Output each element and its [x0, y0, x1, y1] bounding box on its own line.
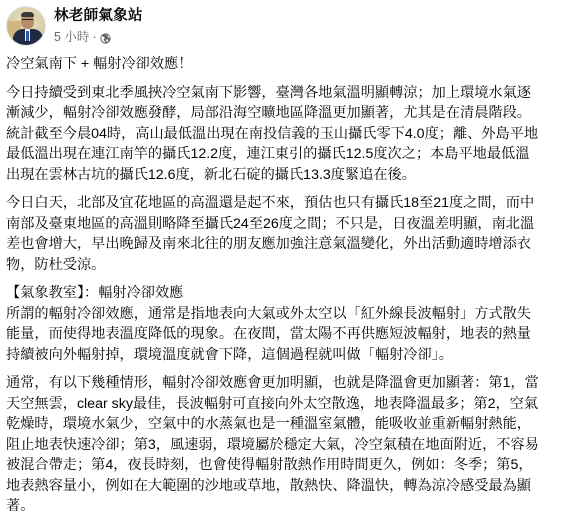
post-timestamp[interactable]: 5 小時	[54, 29, 89, 46]
post-body: 冷空氣南下 + 輻射冷卻效應！ 今日持續受到東北季風挾冷空氣南下影響，臺灣各地氣…	[6, 54, 576, 511]
avatar-glasses	[22, 19, 33, 22]
separator-dot: ·	[92, 29, 96, 46]
post-header: 林老師氣象站 5 小時 ·	[6, 4, 143, 48]
globe-icon[interactable]	[100, 32, 111, 43]
paragraph-forecast: 今日白天，北部及宜花地區的高溫還是起不來，預估也只有攝氏18至21度之間，而中 …	[6, 193, 576, 275]
paragraph-observations: 今日持續受到東北季風挾冷空氣南下影響，臺灣各地氣溫明顯轉涼；加上環境水氣逐 漸減…	[6, 83, 576, 186]
avatar[interactable]	[6, 6, 46, 46]
facebook-post: 林老師氣象站 5 小時 · 冷空氣南下 + 輻射冷卻效應！ 今日持續受到東北季風…	[0, 0, 580, 511]
avatar-hair	[21, 12, 34, 17]
timestamp-row: 5 小時 ·	[54, 29, 143, 46]
paragraph-conditions: 通常，有以下幾種情形，輻射冷卻效應會更加明顯，也就是降溫會更加顯著：第1，當 天…	[6, 373, 576, 511]
author-name[interactable]: 林老師氣象站	[54, 7, 143, 26]
post-meta: 林老師氣象站 5 小時 ·	[54, 7, 143, 46]
paragraph-weather-class: 【氣象教室】：輻射冷卻效應 所謂的輻射冷卻效應，通常是指地表向大氣或外太空以「紅…	[6, 283, 576, 365]
post-title: 冷空氣南下 + 輻射冷卻效應！	[6, 54, 576, 75]
avatar-tie	[26, 31, 29, 41]
